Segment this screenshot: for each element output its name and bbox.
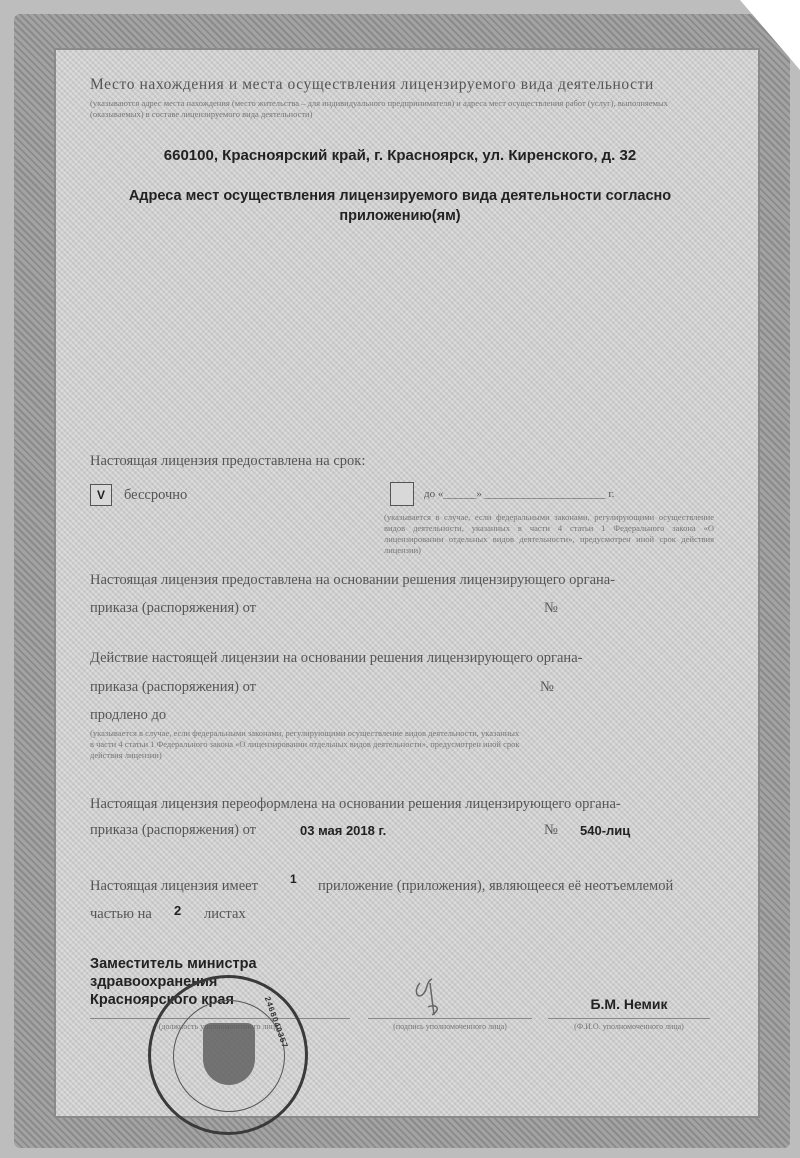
appendix-text-3: частью на bbox=[90, 906, 152, 923]
indefinite-label: бессрочно bbox=[124, 487, 187, 504]
signature-mark bbox=[410, 975, 450, 1020]
addresses-per-appendix: Адреса мест осуществления лицензируемого… bbox=[80, 186, 720, 226]
location-heading: Место нахождения и места осуществления л… bbox=[90, 76, 654, 94]
extended-note: (указывается в случае, если федеральными… bbox=[90, 728, 520, 761]
appendix-text-1: Настоящая лицензия имеет bbox=[90, 878, 258, 895]
position-line-1: Заместитель министра bbox=[90, 955, 257, 973]
license-sheet: Место нахождения и места осуществления л… bbox=[0, 0, 800, 1158]
extended-line1: Действие настоящей лицензии на основании… bbox=[90, 650, 582, 667]
reissued-number: 540-лиц bbox=[580, 823, 630, 838]
until-label: до «______» ______________________ г. bbox=[424, 488, 614, 500]
extended-until-label: продлено до bbox=[90, 707, 166, 724]
indefinite-checkbox[interactable]: V bbox=[90, 484, 112, 506]
until-note: (указывается в случае, если федеральными… bbox=[384, 512, 714, 556]
appendix-count: 1 bbox=[290, 872, 297, 886]
granted-line2: приказа (распоряжения) от bbox=[90, 600, 256, 617]
coat-of-arms-icon bbox=[203, 1023, 255, 1085]
extended-line2: приказа (распоряжения) от bbox=[90, 679, 256, 696]
signatory-name: Б.М. Немик bbox=[548, 996, 710, 1012]
reissued-line1: Настоящая лицензия переоформлена на осно… bbox=[90, 796, 621, 813]
until-checkbox[interactable] bbox=[390, 482, 414, 506]
license-address: 660100, Красноярский край, г. Красноярск… bbox=[0, 147, 800, 164]
granted-number-label: № bbox=[544, 600, 558, 617]
name-caption: (Ф.И.О. уполномоченного лица) bbox=[548, 1022, 710, 1031]
official-seal: 2468040357 bbox=[148, 975, 308, 1135]
appendix-text-4: листах bbox=[204, 906, 246, 923]
appendix-text-2: приложение (приложения), являющееся её н… bbox=[318, 878, 673, 895]
term-label: Настоящая лицензия предоставлена на срок… bbox=[90, 453, 365, 470]
reissued-line2: приказа (распоряжения) от bbox=[90, 822, 256, 839]
check-mark-icon: V bbox=[97, 488, 105, 502]
signature-line bbox=[368, 1018, 532, 1019]
location-heading-note: (указываются адрес места нахождения (мес… bbox=[90, 98, 720, 120]
signature-caption: (подпись уполномоченного лица) bbox=[368, 1022, 532, 1031]
granted-line1: Настоящая лицензия предоставлена на осно… bbox=[90, 572, 615, 589]
name-line bbox=[548, 1018, 710, 1019]
reissued-date: 03 мая 2018 г. bbox=[300, 823, 386, 838]
reissued-number-label: № bbox=[544, 822, 558, 839]
extended-number-label: № bbox=[540, 679, 554, 696]
appendix-sheets: 2 bbox=[174, 903, 181, 918]
